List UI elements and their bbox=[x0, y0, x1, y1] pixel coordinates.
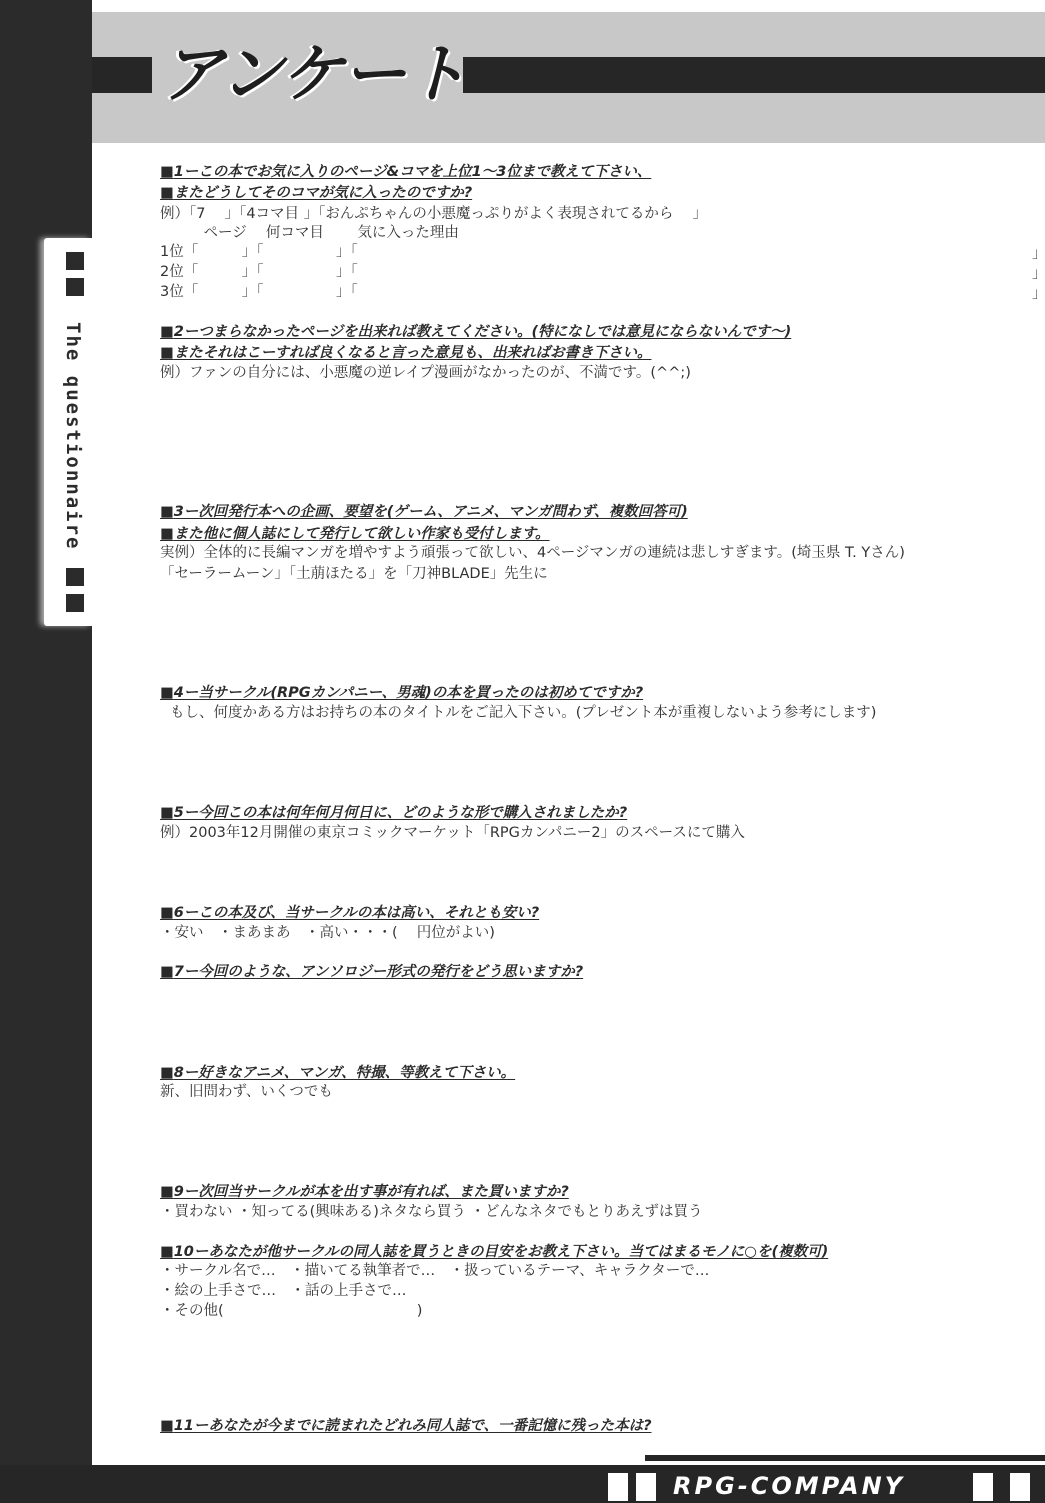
question-example: 例）「7 」「4コマ目 」「おんぷちゃんの小悪魔っぷりがよく表現されてるから 」 bbox=[160, 205, 707, 224]
square-icon bbox=[66, 252, 84, 270]
answer-options[interactable]: ・安い ・まあまあ ・高い・・・( 円位がよい) bbox=[160, 924, 495, 943]
bracket-close: 」 bbox=[1032, 265, 1045, 284]
question-example: 「セーラームーン」「土萠ほたる」を「刀神BLADE」先生に bbox=[160, 565, 548, 584]
question-title: 11ーあなたが今までに読まれたどれみ同人誌で、一番記憶に残った本は? bbox=[160, 1416, 652, 1436]
question-title: 6ーこの本及び、当サークルの本は高い、それとも安い? bbox=[160, 903, 539, 923]
rank-1-field[interactable]: 1位「 」「 」「 bbox=[160, 243, 358, 262]
question-subtitle: またどうしてそのコマが気に入ったのですか? bbox=[160, 183, 472, 203]
question-example: 例）ファンの自分には、小悪魔の逆レイプ漫画がなかったのが、不満です。(^^;) bbox=[160, 364, 691, 383]
question-title: 1ーこの本でお気に入りのページ&コマを上位1～3位まで教えて下さい、 bbox=[160, 162, 651, 182]
bracket-close: 」 bbox=[1032, 285, 1045, 304]
answer-options[interactable]: ・買わない ・知ってる(興味ある)ネタなら買う ・どんなネタでもとりあえずは買う bbox=[160, 1203, 703, 1222]
square-icon bbox=[1010, 1473, 1030, 1501]
square-icon bbox=[66, 568, 84, 586]
answer-options[interactable]: ・サークル名で… ・描いてる執筆者で… ・扱っているテーマ、キャラクターで… bbox=[160, 1262, 709, 1281]
page-title: アンケート bbox=[160, 40, 466, 110]
side-tab: The questionnaire bbox=[44, 238, 92, 626]
question-title: 10ーあなたが他サークルの同人誌を買うときの目安をお教え下さい。当てはまるモノに… bbox=[160, 1242, 828, 1262]
question-title: 2ーつまらなかったページを出来れば教えてください。(特になしでは意見にならないん… bbox=[160, 322, 791, 342]
question-title: 4ー当サークル(RPGカンパニー、男魂)の本を買ったのは初めてですか? bbox=[160, 683, 643, 703]
side-tab-label: The questionnaire bbox=[58, 322, 88, 572]
left-margin-bar bbox=[0, 0, 92, 1503]
square-icon bbox=[608, 1473, 628, 1501]
footer-rule bbox=[645, 1455, 1045, 1461]
question-title: 9ー次回当サークルが本を出す事が有れば、また買いますか? bbox=[160, 1182, 569, 1202]
rank-2-field[interactable]: 2位「 」「 」「 bbox=[160, 263, 358, 282]
question-title: 5ー今回この本は何年何月何日に、どのような形で購入されましたか? bbox=[160, 803, 627, 823]
answer-options[interactable]: ・絵の上手さで… ・話の上手さで… bbox=[160, 1282, 407, 1301]
question-title: 7ー今回のような、アンソロジー形式の発行をどう思いますか? bbox=[160, 962, 583, 982]
footer-brand: RPG-COMPANY bbox=[673, 1470, 905, 1502]
bracket-close: 」 bbox=[1032, 245, 1045, 264]
square-icon bbox=[973, 1473, 993, 1501]
rank-3-field[interactable]: 3位「 」「 」「 bbox=[160, 283, 358, 302]
question-example: 実例）全体的に長編マンガを増やすよう頑張って欲しい、4ページマンガの連続は悲しす… bbox=[160, 544, 905, 563]
question-example: 例）2003年12月開催の東京コミックマーケット「RPGカンパニー2」のスペース… bbox=[160, 824, 745, 843]
header-rule-left bbox=[92, 57, 152, 93]
square-icon bbox=[66, 594, 84, 612]
question-note: 新、旧問わず、いくつでも bbox=[160, 1083, 333, 1102]
question-title: 3ー次回発行本への企画、要望を(ゲーム、アニメ、マンガ問わず、複数回答可) bbox=[160, 502, 688, 522]
square-icon bbox=[66, 278, 84, 296]
question-note: もし、何度かある方はお持ちの本のタイトルをご記入下さい。(プレゼント本が重複しな… bbox=[170, 704, 876, 723]
question-title: 8ー好きなアニメ、マンガ、特撮、等教えて下さい。 bbox=[160, 1063, 515, 1083]
column-labels: ページ 何コマ目 気に入った理由 bbox=[160, 224, 459, 243]
square-icon bbox=[636, 1473, 656, 1501]
question-subtitle: また他に個人誌にして発行して欲しい作家も受付します。 bbox=[160, 524, 550, 544]
header-rule-right bbox=[463, 57, 1045, 93]
question-subtitle: またそれはこーすれば良くなると言った意見も、出来ればお書き下さい。 bbox=[160, 343, 651, 363]
answer-other-field[interactable]: ・その他( ) bbox=[160, 1302, 422, 1321]
